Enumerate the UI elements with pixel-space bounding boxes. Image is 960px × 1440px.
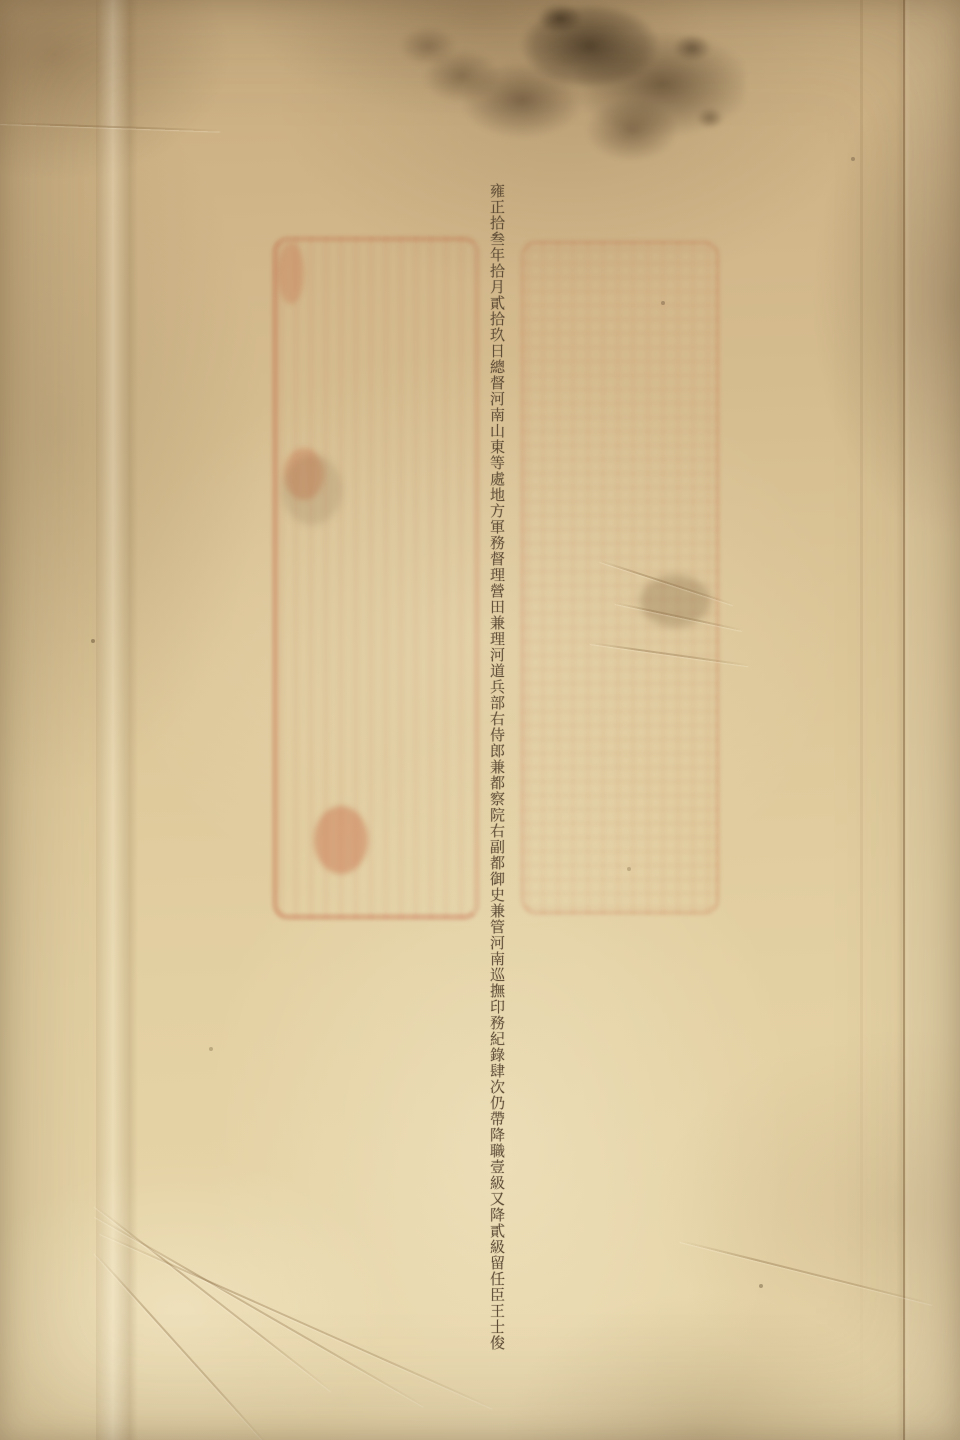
faint-smudge — [282, 455, 342, 525]
seal-bleed-spot-corner — [278, 242, 304, 304]
document-photo: 雍正拾叁年拾月貳拾玖日總督河南山東等處地方軍務督理營田兼理河道兵部右侍郎兼都察院… — [0, 0, 960, 1440]
paper-texture — [0, 0, 960, 1440]
inscription-column: 雍正拾叁年拾月貳拾玖日總督河南山東等處地方軍務督理營田兼理河道兵部右侍郎兼都察院… — [481, 183, 513, 1358]
paper-seam-right — [903, 0, 905, 1440]
paper-specks — [0, 0, 2, 2]
seal-bleed-spot-lower — [314, 806, 368, 874]
right-edge-band — [906, 0, 960, 1440]
seal-impression-left — [272, 236, 480, 920]
ink-stain — [400, 0, 745, 163]
fold-crease-right-faint — [860, 0, 863, 1440]
